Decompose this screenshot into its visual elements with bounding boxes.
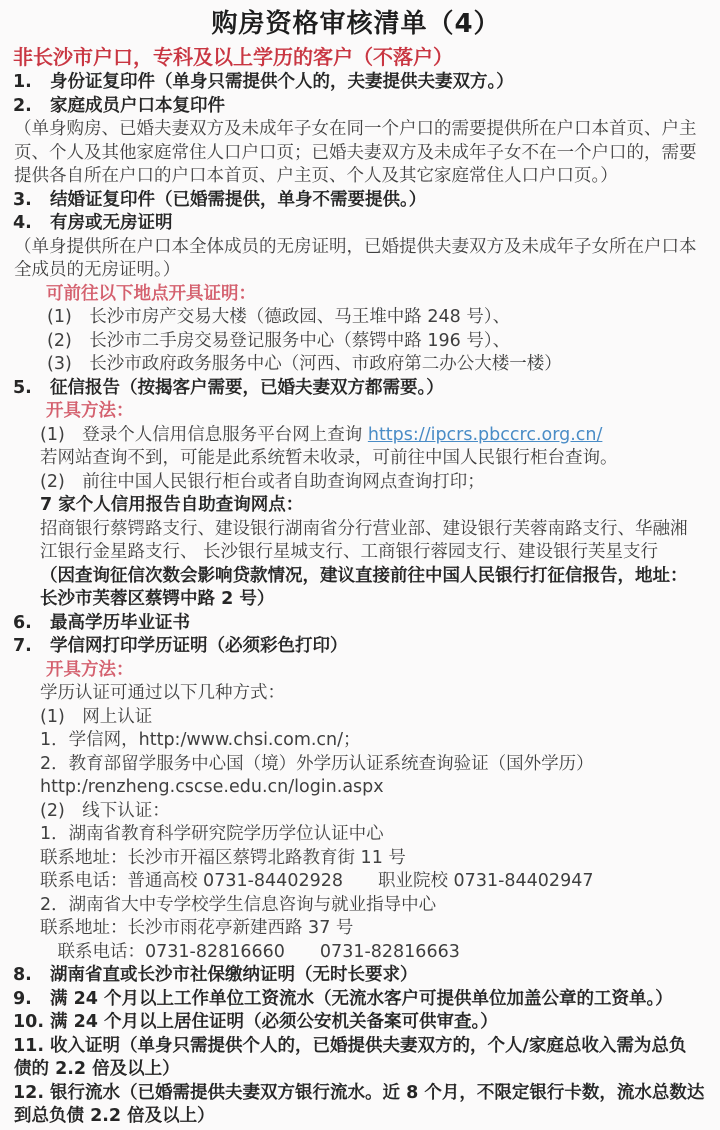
document-line: （单身提供所在户口本全体成员的无房证明，已婚提供夫妻双方及未成年子女所在户口本 <box>0 236 712 260</box>
line-text: 页、个人及其他家庭常住人口户口页；已婚夫妻双方及未成年子女不在一个户口的，需要 <box>14 143 697 163</box>
document-line: 长沙市芙蓉区蔡锷中路 2 号） <box>0 588 712 612</box>
line-text: 2．教育部留学服务中心国（境）外学历认证系统查询验证（国外学历） <box>40 754 594 774</box>
document-line: 招商银行蔡锷路支行、建设银行湖南省分行营业部、建设银行芙蓉南路支行、华融湘 <box>0 518 712 542</box>
line-text: (1) 网上认证 <box>40 707 152 727</box>
document-line: (2) 长沙市二手房交易登记服务中心（蔡锷中路 196 号）、 <box>0 330 712 354</box>
item-text: 收入证明（单身只需提供个人的，已婚提供夫妻双方的，个人/家庭总收入需为总负 <box>50 1035 686 1059</box>
document-line: 7 家个人信用报告自助查询网点： <box>0 494 712 518</box>
document-line: 9.满 24 个月以上工作单位工资流水（无流水客户可提供单位加盖公章的工资单。） <box>0 988 712 1012</box>
item-number: 10. <box>13 1011 50 1035</box>
line-text: （单身提供所在户口本全体成员的无房证明，已婚提供夫妻双方及未成年子女所在户口本 <box>14 237 697 257</box>
document-line: 江银行金星路支行、 长沙银行星城支行、工商银行蓉园支行、建设银行芙星支行 <box>0 541 712 565</box>
line-text: 若网站查询不到，可能是此系统暂未收录，可前往中国人民银行柜台查询。 <box>40 448 618 468</box>
item-number: 3. <box>13 189 50 213</box>
document-line: 学历认证可通过以下几种方式： <box>0 682 712 706</box>
item-text: 湖南省直或长沙市社保缴纳证明（无时长要求） <box>50 964 418 988</box>
item-number: 7. <box>13 635 50 659</box>
line-text: 可前往以下地点开具证明： <box>46 284 256 304</box>
item-text: 结婚证复印件（已婚需提供，单身不需要提供。） <box>50 189 426 213</box>
document-line: 联系电话：普通高校 0731-84402928 职业院校 0731-844029… <box>0 870 712 894</box>
document-line: http:/renzheng.cscse.edu.cn/login.aspx <box>0 776 712 800</box>
line-text: 2．湖南省大中专学校学生信息咨询与就业指导中心 <box>40 895 436 915</box>
line-text: 学历认证可通过以下几种方式： <box>40 683 285 703</box>
document-line: 7.学信网打印学历证明（必须彩色打印） <box>0 635 712 659</box>
line-text: 到总负债 2.2 倍及以上） <box>14 1106 215 1126</box>
line-text: 债的 2.2 倍及以上） <box>14 1059 180 1079</box>
document-line: 11.收入证明（单身只需提供个人的，已婚提供夫妻双方的，个人/家庭总收入需为总负 <box>0 1035 712 1059</box>
item-number: 9. <box>13 988 50 1012</box>
item-number: 12. <box>13 1082 50 1106</box>
document-line: 1.身份证复印件（单身只需提供个人的，夫妻提供夫妻双方。） <box>0 71 712 95</box>
page-title: 购房资格审核清单（4） <box>0 4 712 44</box>
line-text: (2) 长沙市二手房交易登记服务中心（蔡锷中路 196 号）、 <box>47 331 510 351</box>
item-number: 5. <box>13 377 50 401</box>
document-line: (1) 网上认证 <box>0 706 712 730</box>
document-line: (2) 线下认证： <box>0 800 712 824</box>
page-subtitle: 非长沙市户口，专科及以上学历的客户（不落户） <box>0 44 712 71</box>
document-line: 若网站查询不到，可能是此系统暂未收录，可前往中国人民银行柜台查询。 <box>0 447 712 471</box>
line-text: 联系电话：普通高校 0731-84402928 职业院校 0731-844029… <box>40 871 593 891</box>
item-text: 银行流水（已婚需提供夫妻双方银行流水。近 8 个月，不限定银行卡数，流水总数达 <box>50 1082 704 1106</box>
line-text: 联系电话：0731-82816660 0731-82816663 <box>40 942 460 962</box>
document-line: 开具方法： <box>0 400 712 424</box>
line-text: 提供各自所在户口的户口本首页、户主页、个人及其它家庭常住人口户口页。） <box>14 166 618 186</box>
line-text: (1) 长沙市房产交易大楼（德政园、马王堆中路 248 号）、 <box>47 307 510 327</box>
line-text: 1．湖南省教育科学研究院学历学位认证中心 <box>40 824 384 844</box>
document-line: 3.结婚证复印件（已婚需提供，单身不需要提供。） <box>0 189 712 213</box>
line-text: (3) 长沙市政府政务服务中心（河西、市政府第二办公大楼一楼） <box>47 354 562 374</box>
line-text: 开具方法： <box>46 401 134 421</box>
line-text: (1) 登录个人信用信息服务平台网上查询 <box>40 425 368 445</box>
item-number: 11. <box>13 1035 50 1059</box>
document-line: 10.满 24 个月以上居住证明（必须公安机关备案可供审查。） <box>0 1011 712 1035</box>
document-line: （因查询征信次数会影响贷款情况，建议直接前往中国人民银行打征信报告，地址： <box>0 565 712 589</box>
line-text: 全成员的无房证明。） <box>14 260 180 280</box>
document-line: 页、个人及其他家庭常住人口户口页；已婚夫妻双方及未成年子女不在一个户口的，需要 <box>0 142 712 166</box>
document-line: （单身购房、已婚夫妻双方及未成年子女在同一个户口的需要提供所在户口本首页、户主 <box>0 118 712 142</box>
document-page: 购房资格审核清单（4） 非长沙市户口，专科及以上学历的客户（不落户） 1.身份证… <box>0 0 720 1130</box>
item-text: 满 24 个月以上工作单位工资流水（无流水客户可提供单位加盖公章的工资单。） <box>50 988 673 1012</box>
document-line: (1) 登录个人信用信息服务平台网上查询 https://ipcrs.pbccr… <box>0 424 712 448</box>
document-line: 2.家庭成员户口本复印件 <box>0 95 712 119</box>
document-line: 2．教育部留学服务中心国（境）外学历认证系统查询验证（国外学历） <box>0 753 712 777</box>
document-line: 联系电话：0731-82816660 0731-82816663 <box>0 941 712 965</box>
document-line: (2) 前往中国人民银行柜台或者自助查询网点查询打印； <box>0 471 712 495</box>
item-text: 有房或无房证明 <box>50 212 173 236</box>
document-line: 1．学信网，http:/www.chsi.com.cn/； <box>0 729 712 753</box>
item-text: 最高学历毕业证书 <box>50 612 190 636</box>
line-text: 7 家个人信用报告自助查询网点： <box>40 495 303 515</box>
item-text: 征信报告（按揭客户需要，已婚夫妻双方都需要。） <box>50 377 444 401</box>
item-number: 6. <box>13 612 50 636</box>
line-text: （单身购房、已婚夫妻双方及未成年子女在同一个户口的需要提供所在户口本首页、户主 <box>14 119 697 139</box>
document-line: 联系地址：长沙市开福区蔡锷北路教育街 11 号 <box>0 847 712 871</box>
document-line: 联系地址：长沙市雨花亭新建西路 37 号 <box>0 917 712 941</box>
line-text: 江银行金星路支行、 长沙银行星城支行、工商银行蓉园支行、建设银行芙星支行 <box>40 542 658 562</box>
document-line: 6.最高学历毕业证书 <box>0 612 712 636</box>
document-line: 4.有房或无房证明 <box>0 212 712 236</box>
line-text: 联系地址：长沙市雨花亭新建西路 37 号 <box>40 918 353 938</box>
line-text: 长沙市芙蓉区蔡锷中路 2 号） <box>40 589 274 609</box>
credit-report-link[interactable]: https://ipcrs.pbccrc.org.cn/ <box>368 425 603 445</box>
line-text: (2) 前往中国人民银行柜台或者自助查询网点查询打印； <box>40 472 485 492</box>
document-line: (3) 长沙市政府政务服务中心（河西、市政府第二办公大楼一楼） <box>0 353 712 377</box>
document-line: 开具方法： <box>0 659 712 683</box>
document-line: 提供各自所在户口的户口本首页、户主页、个人及其它家庭常住人口户口页。） <box>0 165 712 189</box>
line-text: http:/renzheng.cscse.edu.cn/login.aspx <box>40 777 384 797</box>
line-text: （因查询征信次数会影响贷款情况，建议直接前往中国人民银行打征信报告，地址： <box>40 566 688 586</box>
document-line: 5.征信报告（按揭客户需要，已婚夫妻双方都需要。） <box>0 377 712 401</box>
item-text: 家庭成员户口本复印件 <box>50 95 225 119</box>
item-number: 4. <box>13 212 50 236</box>
document-line: 全成员的无房证明。） <box>0 259 712 283</box>
line-text: (2) 线下认证： <box>40 801 170 821</box>
document-line: 12.银行流水（已婚需提供夫妻双方银行流水。近 8 个月，不限定银行卡数，流水总… <box>0 1082 712 1106</box>
item-text: 身份证复印件（单身只需提供个人的，夫妻提供夫妻双方。） <box>50 71 514 95</box>
item-number: 1. <box>13 71 50 95</box>
document-line: 到总负债 2.2 倍及以上） <box>0 1105 712 1129</box>
document-line: 债的 2.2 倍及以上） <box>0 1058 712 1082</box>
item-number: 2. <box>13 95 50 119</box>
document-line: 1．湖南省教育科学研究院学历学位认证中心 <box>0 823 712 847</box>
line-text: 1．学信网，http:/www.chsi.com.cn/； <box>40 730 361 750</box>
item-text: 学信网打印学历证明（必须彩色打印） <box>50 635 348 659</box>
line-text: 开具方法： <box>46 660 134 680</box>
document-body: 1.身份证复印件（单身只需提供个人的，夫妻提供夫妻双方。）2.家庭成员户口本复印… <box>0 71 712 1129</box>
item-text: 满 24 个月以上居住证明（必须公安机关备案可供审查。） <box>50 1011 498 1035</box>
document-line: 可前往以下地点开具证明： <box>0 283 712 307</box>
document-line: 2．湖南省大中专学校学生信息咨询与就业指导中心 <box>0 894 712 918</box>
document-line: (1) 长沙市房产交易大楼（德政园、马王堆中路 248 号）、 <box>0 306 712 330</box>
item-number: 8. <box>13 964 50 988</box>
line-text: 招商银行蔡锷路支行、建设银行湖南省分行营业部、建设银行芙蓉南路支行、华融湘 <box>40 519 688 539</box>
document-line: 8.湖南省直或长沙市社保缴纳证明（无时长要求） <box>0 964 712 988</box>
line-text: 联系地址：长沙市开福区蔡锷北路教育街 11 号 <box>40 848 406 868</box>
